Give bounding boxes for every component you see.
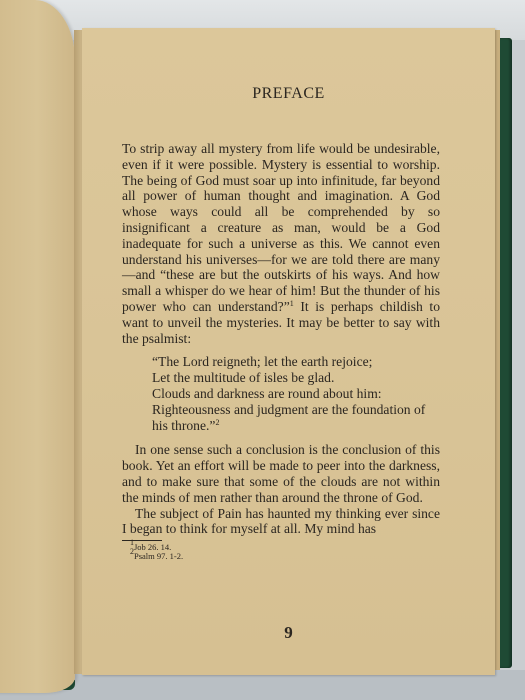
paragraph-3: The subject of Pain has haunted my think… bbox=[122, 506, 440, 538]
paragraph-1: To strip away all mystery from life woul… bbox=[122, 141, 440, 346]
verse-line: Clouds and darkness are round about him: bbox=[152, 386, 440, 402]
verse-line: Let the multitude of isles be glad. bbox=[152, 370, 440, 386]
verse-line: his throne.”2 bbox=[152, 418, 440, 434]
left-page bbox=[0, 0, 75, 693]
paragraph-2: In one sense such a conclusion is the co… bbox=[122, 442, 440, 505]
footnote-ref-2: 2 bbox=[215, 418, 219, 427]
body-text: To strip away all mystery from life woul… bbox=[122, 141, 440, 561]
footnotes: 1Job 26. 14. 2Psalm 97. 1-2. bbox=[122, 543, 440, 561]
page-number: 9 bbox=[82, 623, 495, 643]
verse-line: “The Lord reigneth; let the earth rejoic… bbox=[152, 354, 440, 370]
psalm-quote: “The Lord reigneth; let the earth rejoic… bbox=[152, 354, 440, 433]
footnote: 2Psalm 97. 1-2. bbox=[130, 552, 440, 561]
page-title: PREFACE bbox=[82, 85, 495, 103]
verse-line: Righteousness and judgment are the found… bbox=[152, 402, 440, 418]
footnote-divider bbox=[122, 540, 162, 541]
book-cover-right bbox=[500, 38, 512, 668]
right-page: PREFACE To strip away all mystery from l… bbox=[82, 28, 495, 675]
